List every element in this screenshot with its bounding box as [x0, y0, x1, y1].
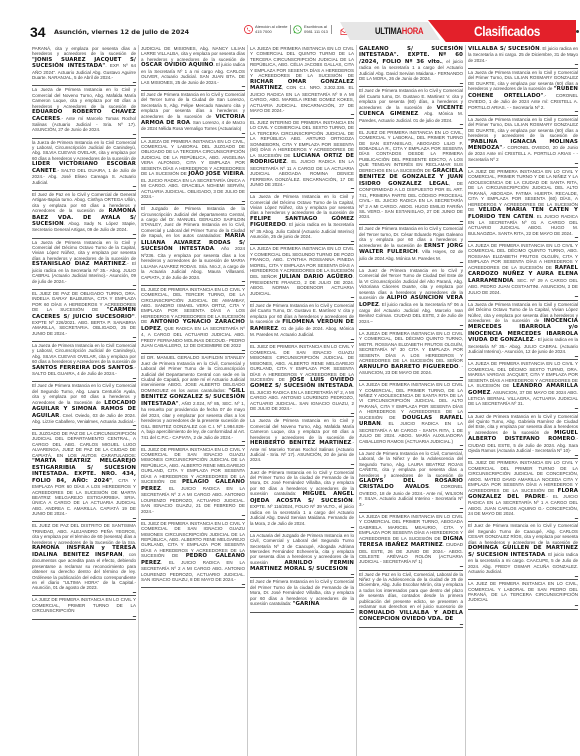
notice-code-mark: ▬	[468, 110, 578, 114]
notice-code-mark: ▬	[32, 591, 136, 595]
decedent-name: VILLALBA S/ SUCESIÓN	[468, 46, 540, 52]
legal-notice: la Jueza de Primera Instancia en lo Civi…	[32, 139, 136, 191]
notice-text: El Juez de Paz en lo Civil, Comercial, L…	[359, 572, 463, 610]
legal-notice: La Jueza de Primera Instancia en lo Civi…	[141, 138, 245, 206]
notice-text: PARANÁ, cita y emplaza por sesenta días …	[32, 46, 136, 56]
legal-notice: El Juzgado de Paz de la Circunscripción …	[32, 430, 136, 522]
legal-notice: La Jueza de Primera Instancia en lo Civi…	[468, 360, 578, 412]
legal-notice: El Juez de Primera Instancia en lo Civil…	[468, 459, 578, 522]
legal-notice: Juez de Primera Instancia en lo Civil y …	[250, 469, 354, 532]
legal-notice: El Juez de Primera Instancia en lo Civil…	[141, 91, 245, 138]
decedent-name: HERIBERTO BENITEZ MARTINEZ	[250, 440, 351, 446]
page-header: 34 Asunción, viernes 12 de julio de 2024…	[0, 0, 580, 46]
notice-code-mark: ▬	[250, 240, 354, 244]
legal-notice: El DR. MANUEL GERALDO SAIFILDIN STANLEY …	[141, 354, 245, 445]
notice-code-mark: ▬	[141, 349, 245, 353]
notice-text: La Juez de Primera Instancia en lo Civil…	[468, 169, 578, 212]
legal-notice: GALEANO S/ SUCESIÓN INTESTADA". EXPTE. N…	[359, 45, 463, 87]
legal-notice: JUDICIAL DE MISIONES, Abg. NANCY LILIAN …	[141, 45, 245, 91]
notice-text: La Juez de Primera Instancia en lo Civil…	[359, 451, 463, 478]
notice-text: La Jueza de Primera Instancia en lo Civi…	[32, 240, 136, 261]
legal-notice: La Jueza de Primera Instancia en lo Civi…	[468, 301, 578, 361]
notice-code-mark: ▬	[250, 113, 354, 117]
legal-notice: La Juez de Primera Instancia en lo Civil…	[359, 267, 463, 330]
legal-notice: El Juez de Paz en lo Civil, Comercial, L…	[359, 571, 463, 629]
legal-notice: La Jueza de Primera Instancia en lo Civi…	[250, 193, 354, 245]
column-3: La Jueza de Primera Instancia en lo Civi…	[248, 45, 357, 756]
decedent-name: ESTANISLAO DIAZ MARTINEZ	[32, 261, 126, 267]
notice-text: La Juez de Primera Instancia en lo Civil…	[32, 597, 136, 613]
legal-notice: La Juez de Primera Instancia en lo Civil…	[359, 450, 463, 513]
legal-notice: El Juez de Primera Instancia en lo Civil…	[141, 286, 245, 355]
notice-code-mark: ▬	[141, 200, 245, 204]
legal-notice: El Juzgado de Primera Instancia de la Ci…	[141, 205, 245, 285]
notice-text: La Jueza de Primera Instancia en lo Civi…	[32, 343, 136, 364]
decedent-name: "GARINA	[293, 601, 320, 607]
legal-notice: La Jueza de Primera Instancia en lo Civi…	[468, 116, 578, 168]
notice-code-mark: ▬	[141, 132, 245, 136]
notice-code-mark: ▬	[32, 424, 136, 428]
legal-notice: La Jueza de Primera Instancia en lo Civi…	[250, 45, 354, 119]
notice-text: El Juez de Primera Instancia en lo Civil…	[468, 523, 578, 544]
column-4: GALEANO S/ SUCESIÓN INTESTADA". EXPTE. N…	[357, 45, 466, 756]
classifieds-columns: PARANÁ, cita y emplaza por sesenta días …	[30, 45, 580, 756]
notice-code-mark: ▬	[359, 623, 463, 627]
legal-notice: El Juez de Primera Instancia en lo Civil…	[468, 522, 578, 580]
notice-code-mark: ▬	[468, 454, 578, 458]
notice-code-mark: ▬	[250, 463, 354, 467]
section-title: Clasificados	[474, 23, 540, 39]
legal-notice: La Jueza de Primera Instancia en lo Civi…	[250, 417, 354, 468]
notice-code-mark: ▬	[32, 377, 136, 381]
notice-code-mark: ▬	[32, 233, 136, 237]
legal-notice: El Juez de Primera Instancia en lo Civil…	[359, 87, 463, 128]
legal-notice: El Juez de Primera Instancia en lo Civil…	[250, 578, 354, 613]
notice-code-mark: ▬	[250, 573, 354, 577]
notice-code-mark: ▬	[359, 82, 463, 86]
legal-notice: La Jueza de Primera Instancia en lo Civi…	[250, 245, 354, 302]
decedent-name: JOÃO JOSE VIEIRA	[188, 171, 243, 177]
notice-code-mark: ▬	[468, 517, 578, 521]
legal-notice: La Jueza de Primera Instancia en lo Civi…	[32, 86, 136, 138]
legal-notice: La Jueza de Primera Instancia en lo Civi…	[359, 381, 463, 450]
section-dot	[576, 30, 579, 33]
notice-code-mark: ▬	[359, 261, 463, 265]
legal-notice: El Juez de Primera Instancia en lo Civil…	[359, 225, 463, 266]
notice-text: JUDICIAL DE MISIONES, Abg. NANCY LILIAN …	[141, 46, 245, 62]
legal-notice: El Juez de Primera Instancia en lo Civil…	[359, 129, 463, 226]
page-date: Asunción, viernes 12 de julio de 2024	[54, 28, 189, 36]
legal-notice: El Juez Interino de Primera Instancia en…	[250, 119, 354, 193]
contact-value: 415 7000	[255, 30, 287, 35]
notice-code-mark: ▬	[32, 284, 136, 288]
legal-notice: PARANÁ, cita y emplaza por sesenta días …	[32, 45, 136, 86]
legal-notice: La Actuaria del Juzgado de Primera Insta…	[250, 532, 354, 579]
brand-logo: ULTIMAHORA	[375, 26, 423, 36]
notice-code-mark: ▬	[250, 296, 354, 300]
column-5: VILLALBA S/ SUCESIÓN. El juicio radica e…	[466, 45, 580, 756]
legal-notice: El Juez de Primera Instancia en lo Civil…	[32, 382, 136, 430]
notice-code-mark: ▬	[359, 444, 463, 448]
notice-text: , CITA Y EMPLAZA por 60 días a los hered…	[32, 478, 136, 517]
notice-code-mark: ▬	[141, 85, 245, 89]
decedent-name: ARNULFO BARRETO FIGUEREDO	[359, 364, 459, 370]
notice-code-mark: ▬	[250, 526, 354, 530]
notice-code-mark: ▬	[359, 220, 463, 224]
notice-code-mark: ▬	[468, 604, 578, 608]
notice-code-mark: ▬	[468, 355, 578, 359]
notice-code-mark: ▬	[32, 615, 136, 619]
whatsapp-contact: Escríbinos al 0981 111 013	[293, 25, 332, 34]
legal-notice: La Jueza de Primera Instancia en lo Civi…	[468, 242, 578, 301]
notice-code-mark: ▬	[359, 376, 463, 380]
legal-notice: La Jueza de Primera Instancia en lo Civi…	[359, 330, 463, 381]
notice-code-mark: ▬	[32, 81, 136, 85]
whatsapp-icon	[293, 25, 302, 34]
notice-text: La Jueza de Primera Instancia en lo Civi…	[32, 87, 136, 108]
legal-notice: El Juez de Primera Instancia en lo Civil…	[250, 302, 354, 343]
legal-notice: La Juez de Primera Instancia en lo Civil…	[32, 596, 136, 620]
notice-code-mark: ▬	[32, 185, 136, 189]
column-1: PARANÁ, cita y emplaza por sesenta días …	[30, 45, 139, 756]
notice-code-mark: ▬	[141, 514, 245, 518]
notice-code-mark: ▬	[32, 336, 136, 340]
legal-notice: La Jueza de Primera Instancia en lo Civi…	[32, 239, 136, 290]
legal-notice: La Jueza de Primera Instancia en lo Civi…	[32, 342, 136, 382]
notice-code-mark: ▬	[468, 575, 578, 579]
notice-text: El Juez de Primera Instancia en lo Civil…	[359, 130, 463, 173]
notice-code-mark: ▬	[468, 63, 578, 67]
legal-notice: El Juez de Paz en lo Civil y Comercial d…	[32, 191, 136, 239]
notice-code-mark: ▬	[468, 162, 578, 166]
legal-notice: El Juez de Primera Instancia en lo Civil…	[141, 520, 245, 589]
notice-text: , AÑO 2.024, Nº 85, SEC. Nº 1, ha resuel…	[141, 401, 245, 440]
notice-text: La Jueza de Primera Instancia en lo Civi…	[250, 194, 354, 215]
notice-code-mark: ▬	[250, 608, 354, 612]
legal-notice: El Juez de Primera Instancia en lo Civil…	[141, 446, 245, 520]
notice-code-mark: ▬	[468, 236, 578, 240]
legal-notice: La Juez de Primera Instancia en lo Civil…	[468, 168, 578, 242]
notice-text: El Juzgado de Paz de la Circunscripción …	[32, 431, 136, 458]
notice-code-mark: ▬	[141, 440, 245, 444]
legal-notice: VILLALBA S/ SUCESIÓN. El juicio radica e…	[468, 45, 578, 69]
notice-text: la Jueza de Primera Instancia en lo Civi…	[32, 140, 136, 161]
notice-code-mark: ▬	[141, 583, 245, 587]
decedent-name: OSCAR OVIDIO AQUINO	[141, 62, 213, 68]
notice-code-mark: ▬	[250, 412, 354, 416]
decedent-name: RAMONA INSFRAN y TERESA IDALINA BENITEZ …	[32, 545, 136, 557]
notice-text: EL JUEZ DE PAZ DEL DISTRITO DE SANTISIMA…	[32, 523, 136, 544]
notice-code-mark: ▬	[359, 324, 463, 328]
legal-notice: El Juez de Paz de Obligado Turno, Dra. I…	[32, 290, 136, 342]
notice-text: , de conformidad a lo dispuesto por el A…	[359, 181, 463, 220]
notice-code-mark: ▬	[141, 280, 245, 284]
decedent-name: SANTOS FERREIRA DOS SANTOS	[32, 365, 133, 371]
legal-notice: La Juez de Primera Instancia en lo Civil…	[468, 580, 578, 609]
notice-text: La Jueza de Primera Instancia en lo Civi…	[468, 117, 578, 138]
page-number: 34	[30, 24, 46, 40]
notice-code-mark: ▬	[250, 187, 354, 191]
notice-code-mark: ▬	[359, 565, 463, 569]
legal-notice: La Jueza de Primera Instancia en lo Civi…	[468, 69, 578, 116]
notice-code-mark: ▬	[32, 133, 136, 137]
notice-text: , con documentos que acredita para el ef…	[32, 552, 136, 591]
contact-value: 0981 111 013	[304, 30, 328, 35]
notice-text: La Juez de Primera Instancia en lo Civil…	[468, 581, 578, 602]
legal-notice: La Juez de Primera Instancia en lo Civil…	[468, 413, 578, 460]
notice-text: La Jueza de Primera Instancia en lo Civi…	[250, 46, 354, 78]
phone-icon	[244, 25, 253, 34]
notice-code-mark: ▬	[468, 295, 578, 299]
column-2: JUDICIAL DE MISIONES, Abg. NANCY LILIAN …	[139, 45, 248, 756]
notice-code-mark: ▬	[468, 407, 578, 411]
notice-code-mark: ▬	[359, 507, 463, 511]
legal-notice: El Juez de Primera Instancia en lo Civil…	[250, 343, 354, 417]
decedent-name: ROMUALDO VILLALBA Y ADELA CONCEPCION OVI…	[359, 610, 463, 622]
legal-notice: EL JUEZ DE PAZ DEL DISTRITO DE SANTISIMA…	[32, 522, 136, 596]
legal-notice: La Jueza de Primera Instancia en lo Civi…	[359, 513, 463, 571]
notice-code-mark: ▬	[250, 338, 354, 342]
customer-service-contact: Atención al cliente 415 7000	[244, 25, 291, 34]
notice-code-mark: ▬	[32, 517, 136, 521]
notice-text: La Jueza de Primera Instancia en lo Civi…	[359, 331, 463, 363]
decedent-name: JULIAN DARIO AGÜERO	[279, 274, 352, 280]
notice-text: La Jueza de Primera Instancia en lo Civi…	[250, 418, 354, 439]
notice-code-mark: ▬	[359, 123, 463, 127]
